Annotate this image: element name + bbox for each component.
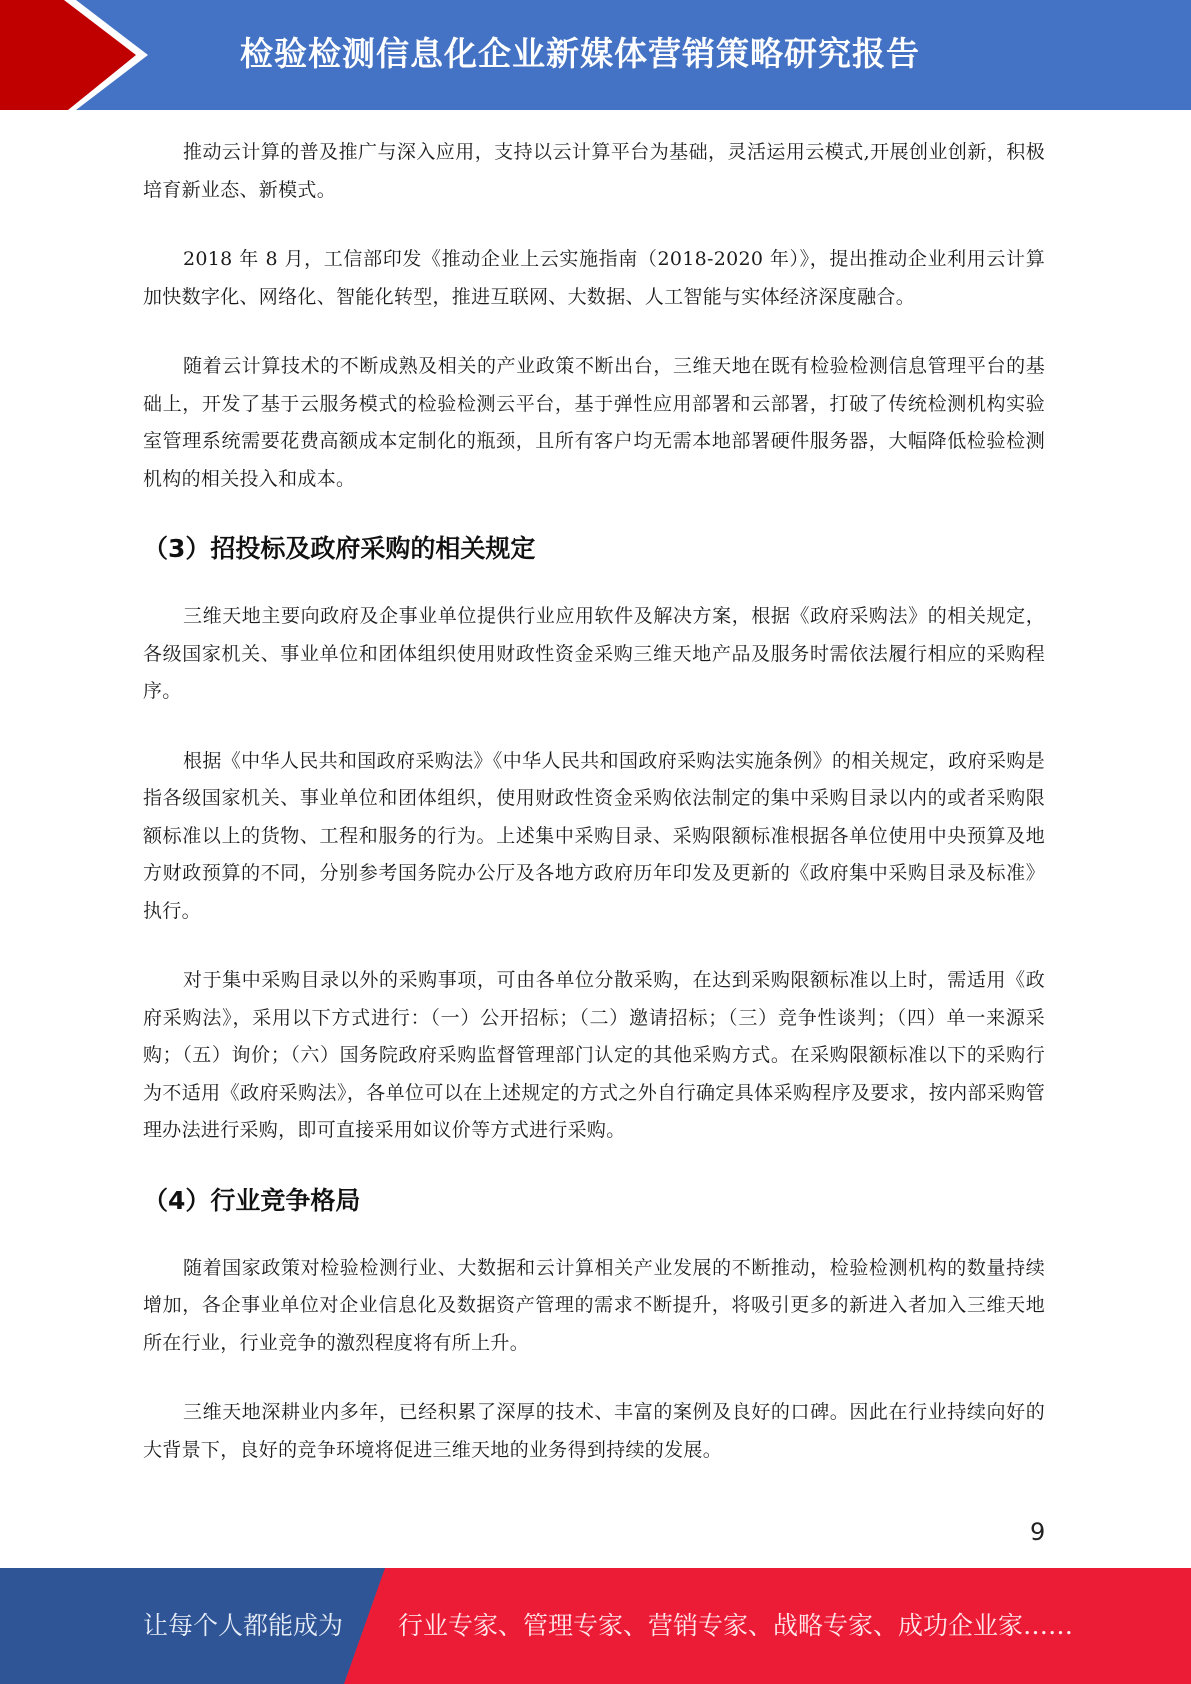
- page-footer: 让每个人都能成为 行业专家、管理专家、营销专家、战略专家、成功企业家……: [0, 1568, 1191, 1684]
- page-number: 9: [1030, 1518, 1045, 1546]
- paragraph: 三维天地主要向政府及企事业单位提供行业应用软件及解决方案，根据《政府采购法》的相…: [143, 598, 1045, 711]
- paragraph: 随着云计算技术的不断成熟及相关的产业政策不断出台，三维天地在既有检验检测信息管理…: [143, 348, 1045, 498]
- report-title: 检验检测信息化企业新媒体营销策略研究报告: [240, 28, 920, 75]
- paragraph: 三维天地深耕业内多年，已经积累了深厚的技术、丰富的案例及良好的口碑。因此在行业持…: [143, 1394, 1045, 1469]
- paragraph: 根据《中华人民共和国政府采购法》《中华人民共和国政府采购法实施条例》的相关规定，…: [143, 743, 1045, 931]
- paragraph: 随着国家政策对检验检测行业、大数据和云计算相关产业发展的不断推动，检验检测机构的…: [143, 1250, 1045, 1363]
- section-heading-procurement: （3）招投标及政府采购的相关规定: [143, 530, 1045, 568]
- paragraph: 对于集中采购目录以外的采购事项，可由各单位分散采购，在达到采购限额标准以上时，需…: [143, 962, 1045, 1150]
- paragraph: 2018 年 8 月，工信部印发《推动企业上云实施指南（2018-2020 年）…: [143, 241, 1045, 316]
- document-body: 推动云计算的普及推广与深入应用，支持以云计算平台为基础，灵活运用云模式,开展创业…: [143, 134, 1045, 1501]
- footer-slogan-left: 让每个人都能成为: [143, 1606, 343, 1642]
- footer-slogan-right: 行业专家、管理专家、营销专家、战略专家、成功企业家……: [398, 1606, 1073, 1642]
- section-heading-competition: （4）行业竞争格局: [143, 1182, 1045, 1220]
- page-header: 检验检测信息化企业新媒体营销策略研究报告: [0, 0, 1191, 110]
- paragraph: 推动云计算的普及推广与深入应用，支持以云计算平台为基础，灵活运用云模式,开展创业…: [143, 134, 1045, 209]
- arrow-chevron-icon: [0, 0, 200, 110]
